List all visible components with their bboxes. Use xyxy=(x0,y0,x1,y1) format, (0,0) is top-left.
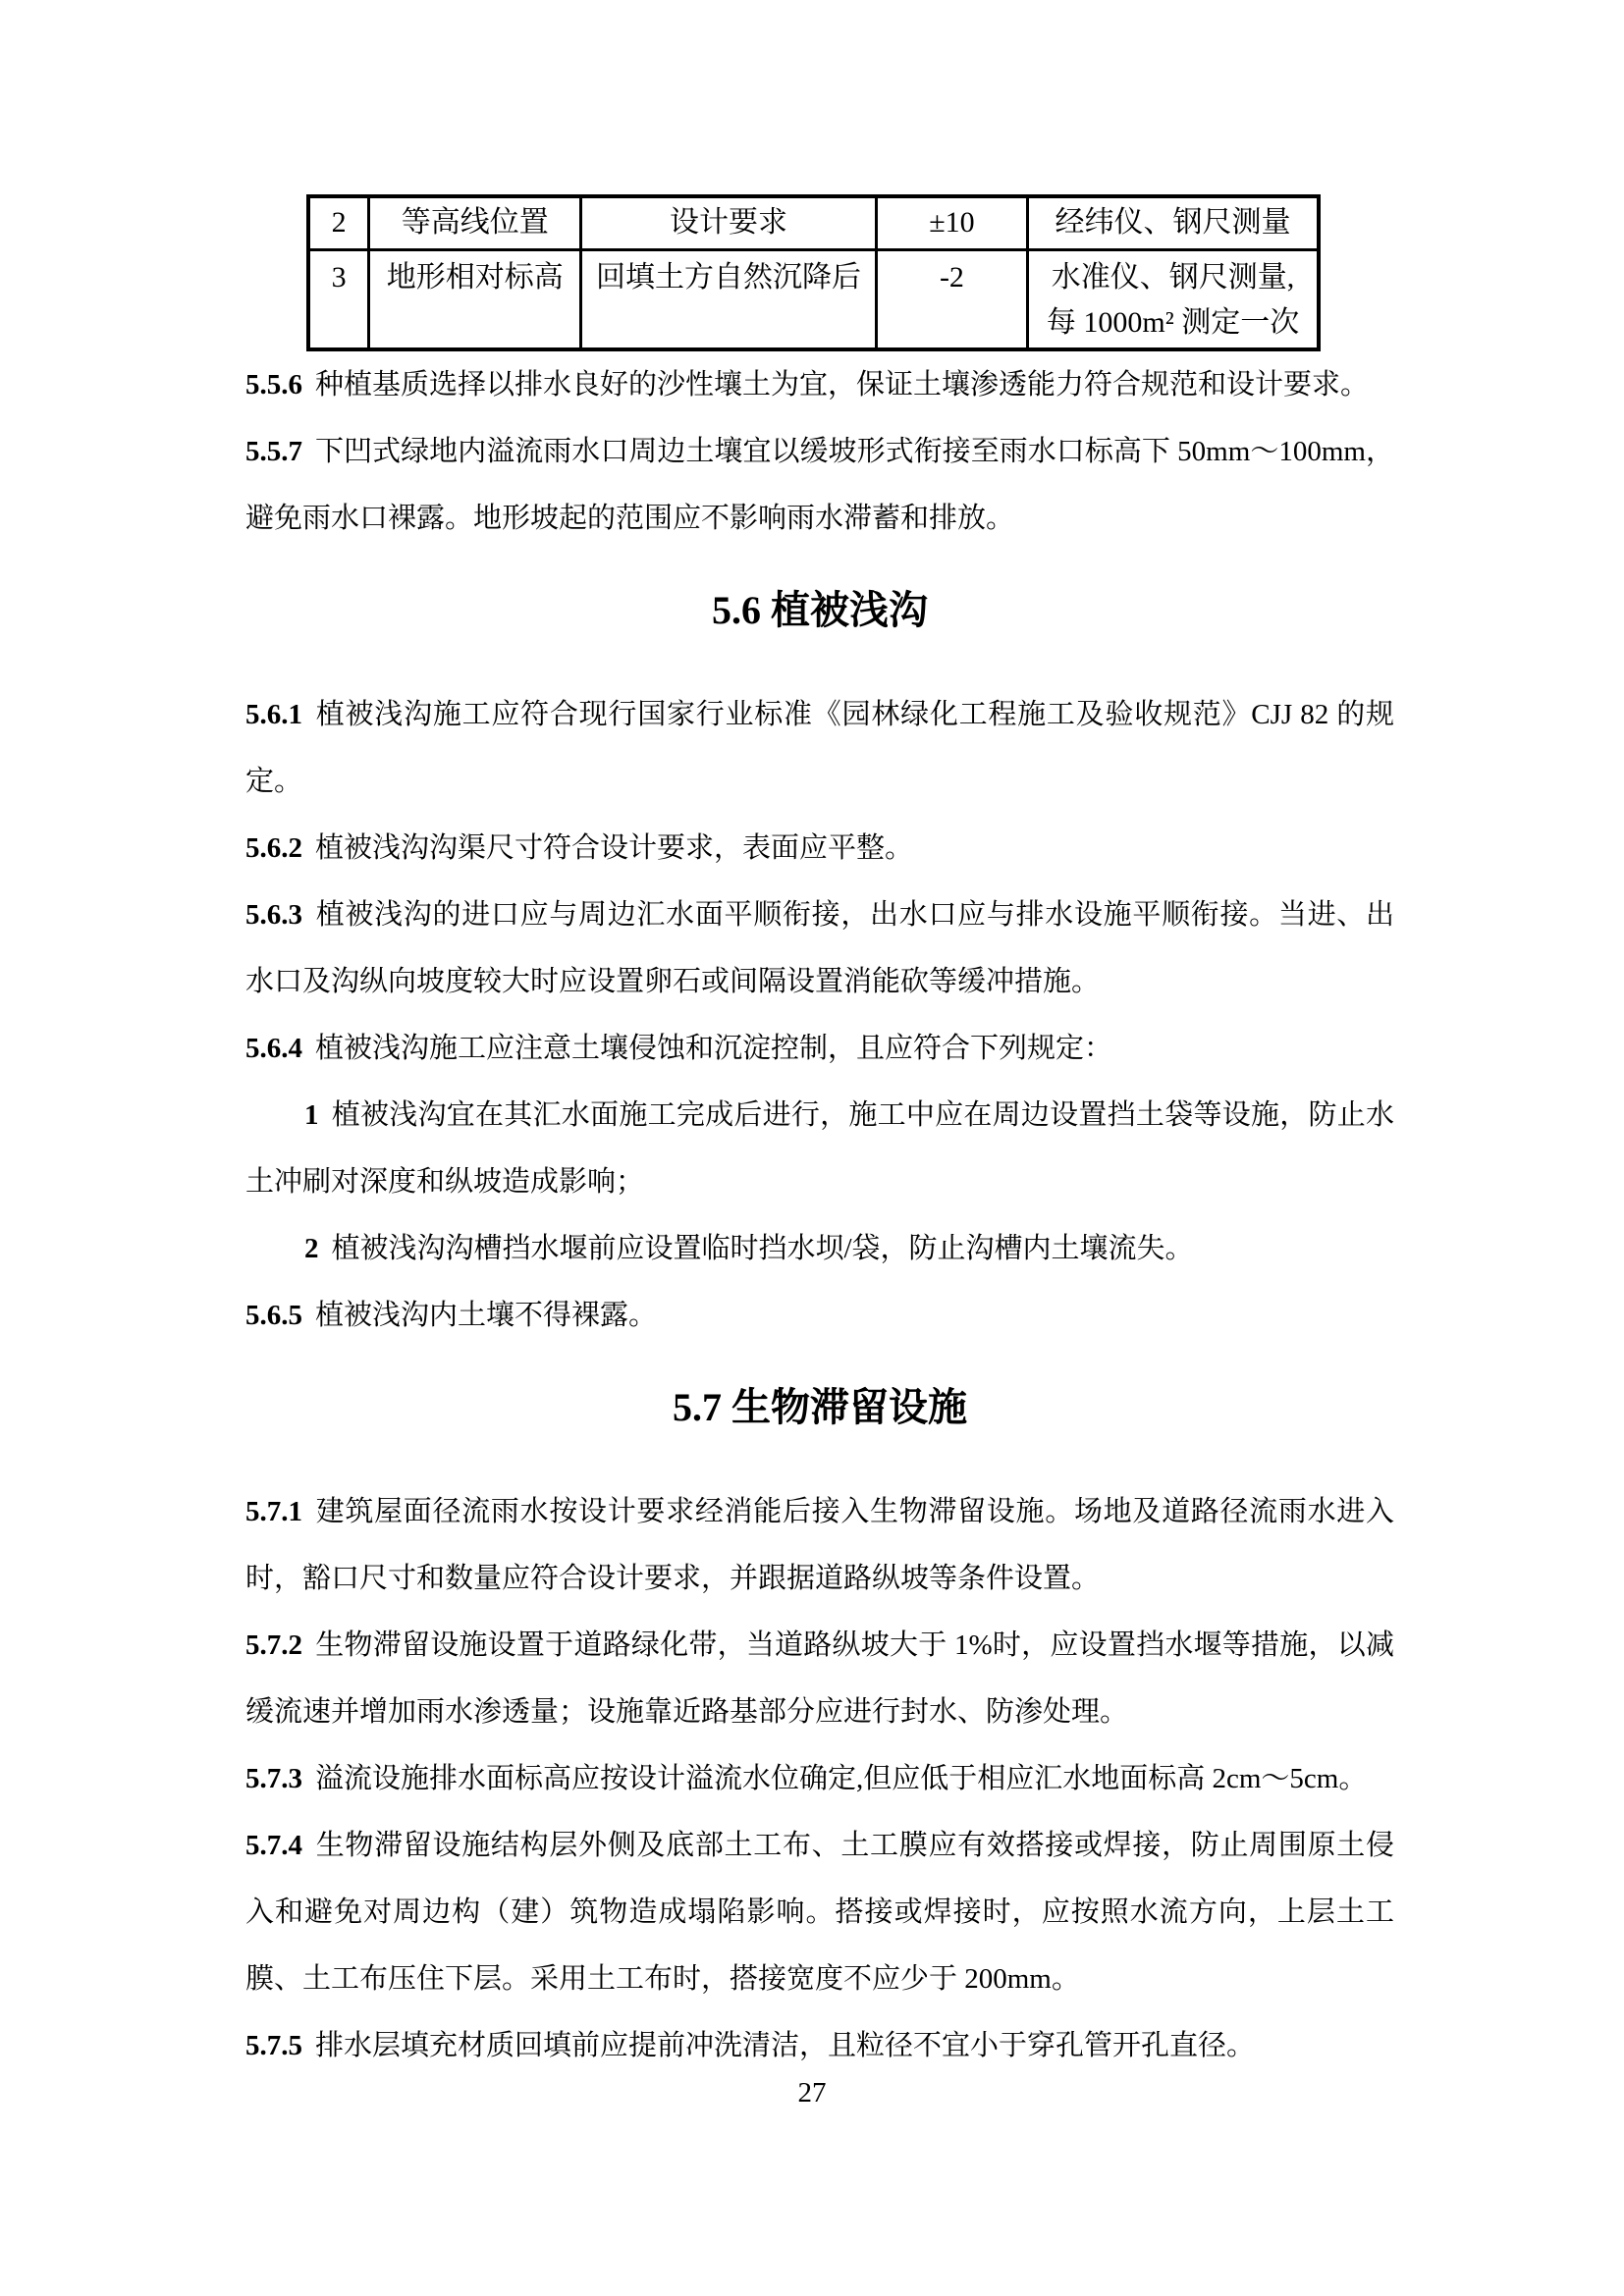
clause-text: 种植基质选择以排水良好的沙性壤土为宜，保证土壤渗透能力符合规范和设计要求。 xyxy=(315,369,1369,400)
clause-5-6-4: 5.6.4植被浅沟施工应注意土壤侵蚀和沉淀控制，且应符合下列规定： xyxy=(245,1015,1394,1082)
clause-number: 5.6.5 xyxy=(245,1300,302,1331)
clause-number: 5.6.3 xyxy=(245,899,302,931)
subitem-text: 植被浅沟宜在其汇水面施工完成后进行，施工中应在周边设置挡土袋等设施，防止水土冲刷… xyxy=(245,1099,1394,1198)
clause-text: 生物滞留设施结构层外侧及底部土工布、土工膜应有效搭接或焊接，防止周围原土侵入和避… xyxy=(245,1830,1394,1995)
clause-number: 5.7.2 xyxy=(245,1629,302,1661)
clause-5-7-2: 5.7.2生物滞留设施设置于道路绿化带，当道路纵坡大于 1%时，应设置挡水堰等措… xyxy=(245,1612,1394,1745)
document-page: 2 等高线位置 设计要求 ±10 经纬仪、钢尺测量 3 地形相对标高 回填土方自… xyxy=(0,0,1624,2296)
clause-5-5-7: 5.5.7下凹式绿地内溢流雨水口周边土壤宜以缓坡形式衔接至雨水口标高下 50mm… xyxy=(245,418,1394,552)
clause-5-6-3: 5.6.3植被浅沟的进口应与周边汇水面平顺衔接，出水口应与排水设施平顺衔接。当进… xyxy=(245,881,1394,1015)
clause-text: 植被浅沟沟渠尺寸符合设计要求，表面应平整。 xyxy=(315,832,913,864)
clause-number: 5.7.4 xyxy=(245,1830,302,1861)
page-number: 27 xyxy=(0,2059,1624,2126)
clause-number: 5.5.7 xyxy=(245,436,302,467)
table-cell-method: 经纬仪、钢尺测量 xyxy=(1028,196,1319,249)
clause-text: 植被浅沟的进口应与周边汇水面平顺衔接，出水口应与排水设施平顺衔接。当进、出水口及… xyxy=(245,899,1394,997)
clause-number: 5.7.1 xyxy=(245,1496,302,1527)
clause-text: 植被浅沟内土壤不得裸露。 xyxy=(315,1300,657,1331)
clause-number: 5.7.5 xyxy=(245,2030,302,2061)
table-cell-method: 水准仪、钢尺测量, 每 1000m² 测定一次 xyxy=(1028,249,1319,349)
subitem-1: 1植被浅沟宜在其汇水面施工完成后进行，施工中应在周边设置挡土袋等设施，防止水土冲… xyxy=(245,1082,1394,1215)
clause-text: 生物滞留设施设置于道路绿化带，当道路纵坡大于 1%时，应设置挡水堰等措施，以减缓… xyxy=(245,1629,1394,1728)
table-cell-index: 2 xyxy=(308,196,369,249)
table-cell-item: 等高线位置 xyxy=(369,196,581,249)
table-cell-tolerance: -2 xyxy=(876,249,1027,349)
clause-text: 溢流设施排水面标高应按设计溢流水位确定,但应低于相应汇水地面标高 2cm～5cm… xyxy=(315,1763,1367,1794)
table-row: 3 地形相对标高 回填土方自然沉降后 -2 水准仪、钢尺测量, 每 1000m²… xyxy=(308,249,1319,349)
table-cell-item: 地形相对标高 xyxy=(369,249,581,349)
clause-number: 5.6.2 xyxy=(245,832,302,864)
table-row: 2 等高线位置 设计要求 ±10 经纬仪、钢尺测量 xyxy=(308,196,1319,249)
clause-number: 5.6.1 xyxy=(245,699,302,730)
clause-number: 5.7.3 xyxy=(245,1763,302,1794)
clause-5-7-1: 5.7.1建筑屋面径流雨水按设计要求经消能后接入生物滞留设施。场地及道路径流雨水… xyxy=(245,1478,1394,1612)
clause-text: 植被浅沟施工应注意土壤侵蚀和沉淀控制，且应符合下列规定： xyxy=(315,1033,1112,1064)
clause-text: 建筑屋面径流雨水按设计要求经消能后接入生物滞留设施。场地及道路径流雨水进入时，豁… xyxy=(245,1496,1394,1594)
tolerance-table: 2 等高线位置 设计要求 ±10 经纬仪、钢尺测量 3 地形相对标高 回填土方自… xyxy=(306,194,1321,351)
clause-number: 5.6.4 xyxy=(245,1033,302,1064)
clause-text: 下凹式绿地内溢流雨水口周边土壤宜以缓坡形式衔接至雨水口标高下 50mm～100m… xyxy=(245,436,1394,534)
clause-5-7-4: 5.7.4生物滞留设施结构层外侧及底部土工布、土工膜应有效搭接或焊接，防止周围原… xyxy=(245,1812,1394,2012)
page-content: 2 等高线位置 设计要求 ±10 经纬仪、钢尺测量 3 地形相对标高 回填土方自… xyxy=(245,194,1394,2079)
clause-5-7-3: 5.7.3溢流设施排水面标高应按设计溢流水位确定,但应低于相应汇水地面标高 2c… xyxy=(245,1745,1394,1812)
table-cell-requirement: 设计要求 xyxy=(581,196,876,249)
clause-5-6-2: 5.6.2植被浅沟沟渠尺寸符合设计要求，表面应平整。 xyxy=(245,815,1394,881)
subitem-2: 2植被浅沟沟槽挡水堰前应设置临时挡水坝/袋，防止沟槽内土壤流失。 xyxy=(245,1215,1394,1282)
subitem-text: 植被浅沟沟槽挡水堰前应设置临时挡水坝/袋，防止沟槽内土壤流失。 xyxy=(332,1233,1194,1264)
subitem-number: 1 xyxy=(304,1099,319,1131)
clause-number: 5.5.6 xyxy=(245,369,302,400)
section-heading-5-7: 5.7 生物滞留设施 xyxy=(245,1374,1394,1441)
table-cell-requirement: 回填土方自然沉降后 xyxy=(581,249,876,349)
subitem-number: 2 xyxy=(304,1233,319,1264)
clause-text: 植被浅沟施工应符合现行国家行业标准《园林绿化工程施工及验收规范》CJJ 82 的… xyxy=(245,699,1394,797)
clause-5-5-6: 5.5.6种植基质选择以排水良好的沙性壤土为宜，保证土壤渗透能力符合规范和设计要… xyxy=(245,351,1394,418)
table-cell-index: 3 xyxy=(308,249,369,349)
clause-5-6-5: 5.6.5植被浅沟内土壤不得裸露。 xyxy=(245,1282,1394,1349)
clause-text: 排水层填充材质回填前应提前冲洗清洁，且粒径不宜小于穿孔管开孔直径。 xyxy=(315,2030,1255,2061)
section-heading-5-6: 5.6 植被浅沟 xyxy=(245,577,1394,644)
table-cell-tolerance: ±10 xyxy=(876,196,1027,249)
clause-5-6-1: 5.6.1植被浅沟施工应符合现行国家行业标准《园林绿化工程施工及验收规范》CJJ… xyxy=(245,681,1394,815)
